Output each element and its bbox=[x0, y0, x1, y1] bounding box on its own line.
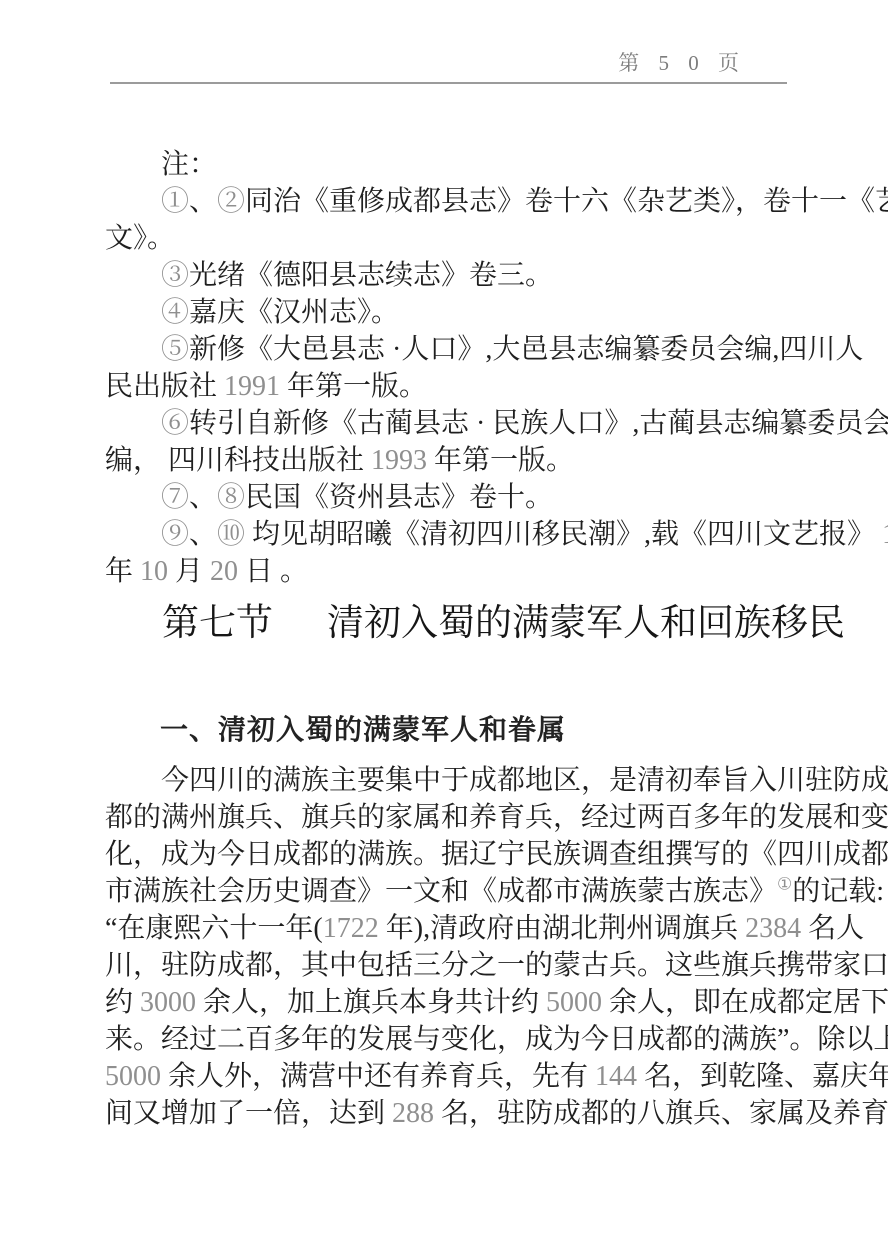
text-line: ⑤新修《大邑县志 ·人口》,大邑县志编纂委员会编,四川人 bbox=[105, 331, 787, 368]
text-line: 来。经过二百多年的发展与变化，成为今日成都的满族”。除以上 bbox=[105, 1021, 787, 1058]
text-segment: 民国《资州县志》卷十。 bbox=[245, 482, 553, 513]
text-segment: 今四川的满族主要集中于成都地区，是清初奉旨入川驻防成 bbox=[161, 765, 888, 796]
numeral-segment: ⑩ bbox=[217, 519, 245, 550]
numeral-segment: ① bbox=[777, 875, 792, 894]
section-title: 清初入蜀的满蒙军人和回族移民 bbox=[327, 603, 845, 644]
text-segment: 的记载: bbox=[792, 876, 884, 907]
numeral-segment: 20 bbox=[210, 556, 238, 587]
section-number: 第七节 bbox=[162, 603, 273, 644]
text-segment: 都的满州旗兵、旗兵的家属和养育兵，经过两百多年的发展和变 bbox=[105, 802, 888, 833]
subsection-title: 一、清初入蜀的满蒙军人和眷属 bbox=[160, 715, 566, 746]
text-segment: 年),清政府由湖北荆州调旗兵 bbox=[379, 913, 745, 944]
text-segment: 新修《大邑县志 ·人口》,大邑县志编纂委员会编,四川人 bbox=[189, 334, 863, 365]
numeral-segment: 1995 bbox=[882, 519, 888, 550]
text-line: 约 3000 余人，加上旗兵本身共计约 5000 余人，即在成都定居下 bbox=[105, 984, 787, 1021]
text-segment: 来。经过二百多年的发展与变化，成为今日成都的满族”。除以上 bbox=[105, 1024, 888, 1055]
numeral-segment: ③ bbox=[161, 260, 189, 291]
text-line: 川，驻防成都，其中包括三分之一的蒙古兵。这些旗兵携带家口 bbox=[105, 947, 787, 984]
numeral-segment: ② bbox=[217, 186, 245, 217]
text-segment: 光绪《德阳县志续志》卷三。 bbox=[189, 260, 553, 291]
text-segment: 约 bbox=[105, 987, 140, 1018]
numeral-segment: 5000 bbox=[546, 987, 602, 1018]
text-line: 5000 余人外，满营中还有养育兵，先有 144 名，到乾隆、嘉庆年 bbox=[105, 1058, 787, 1095]
section-heading: 第七节清初入蜀的满蒙军人和回族移民 bbox=[105, 600, 787, 648]
text-line: ①、②同治《重修成都县志》卷十六《杂艺类》，卷十一《艺 bbox=[105, 183, 787, 220]
text-segment: 名，到乾隆、嘉庆年 bbox=[637, 1061, 888, 1092]
numeral-segment: ⑥ bbox=[161, 408, 189, 439]
text-segment: 注： bbox=[161, 149, 217, 180]
numeral-segment: 10 bbox=[140, 556, 168, 587]
text-line: 注： bbox=[105, 146, 787, 183]
text-line: “在康熙六十一年(1722 年),清政府由湖北荆州调旗兵 2384 名人 bbox=[105, 910, 787, 947]
text-line: ④嘉庆《汉州志》。 bbox=[105, 294, 787, 331]
page-header: 第 5 0 页 bbox=[0, 50, 888, 76]
text-segment: 川，驻防成都，其中包括三分之一的蒙古兵。这些旗兵携带家口 bbox=[105, 950, 888, 981]
text-segment: 余人，加上旗兵本身共计约 bbox=[196, 987, 546, 1018]
text-line: 间又增加了一倍，达到 288 名，驻防成都的八旗兵、家属及养育 bbox=[105, 1095, 787, 1132]
numeral-segment: 1991 bbox=[224, 371, 280, 402]
text-line: 化，成为今日成都的满族。据辽宁民族调查组撰写的《四川成都 bbox=[105, 836, 787, 873]
text-segment: 市满族社会历史调查》一文和《成都市满族蒙古族志》 bbox=[105, 876, 777, 907]
text-segment: “在康熙六十一年( bbox=[105, 913, 323, 944]
text-segment: 名人 bbox=[801, 913, 864, 944]
text-segment: 余人外，满营中还有养育兵，先有 bbox=[161, 1061, 595, 1092]
body-paragraph: 今四川的满族主要集中于成都地区，是清初奉旨入川驻防成都的满州旗兵、旗兵的家属和养… bbox=[105, 762, 787, 1132]
text-segment: 、 bbox=[189, 186, 217, 217]
numeral-segment: 2384 bbox=[745, 913, 801, 944]
text-segment: 日 。 bbox=[238, 556, 308, 587]
page-content: 注：①、②同治《重修成都县志》卷十六《杂艺类》，卷十一《艺文》。③光绪《德阳县志… bbox=[105, 146, 787, 1132]
text-line: 年 10 月 20 日 。 bbox=[105, 553, 787, 590]
numeral-segment: ⑨ bbox=[161, 519, 189, 550]
page-number-label: 第 5 0 页 bbox=[618, 51, 746, 75]
text-segment: 嘉庆《汉州志》。 bbox=[189, 297, 399, 328]
numeral-segment: ⑤ bbox=[161, 334, 189, 365]
text-line: 民出版社 1991 年第一版。 bbox=[105, 368, 787, 405]
text-segment: 年第一版。 bbox=[427, 445, 574, 476]
text-segment: 月 bbox=[168, 556, 210, 587]
text-segment: 化，成为今日成都的满族。据辽宁民族调查组撰写的《四川成都 bbox=[105, 839, 888, 870]
text-segment: 同治《重修成都县志》卷十六《杂艺类》，卷十一《艺 bbox=[245, 186, 888, 217]
text-line: ⑨、⑩ 均见胡昭曦《清初四川移民潮》,载《四川文艺报》 1995 bbox=[105, 516, 787, 553]
notes-section: 注：①、②同治《重修成都县志》卷十六《杂艺类》，卷十一《艺文》。③光绪《德阳县志… bbox=[105, 146, 787, 590]
text-segment: 年第一版。 bbox=[280, 371, 427, 402]
numeral-segment: 1993 bbox=[371, 445, 427, 476]
text-line: 都的满州旗兵、旗兵的家属和养育兵，经过两百多年的发展和变 bbox=[105, 799, 787, 836]
numeral-segment: 1722 bbox=[323, 913, 379, 944]
numeral-segment: 144 bbox=[595, 1061, 637, 1092]
numeral-segment: ④ bbox=[161, 297, 189, 328]
text-line: ⑥转引自新修《古蔺县志 · 民族人口》,古蔺县志编纂委员会 bbox=[105, 405, 787, 442]
numeral-segment: 5000 bbox=[105, 1061, 161, 1092]
book-page: 第 5 0 页 注：①、②同治《重修成都县志》卷十六《杂艺类》，卷十一《艺文》。… bbox=[0, 0, 888, 1260]
text-line: 市满族社会历史调查》一文和《成都市满族蒙古族志》①的记载: bbox=[105, 873, 787, 910]
text-line: ⑦、⑧民国《资州县志》卷十。 bbox=[105, 479, 787, 516]
text-segment: 、 bbox=[189, 519, 217, 550]
numeral-segment: ⑦ bbox=[161, 482, 189, 513]
text-segment: 、 bbox=[189, 482, 217, 513]
text-segment: 年 bbox=[105, 556, 140, 587]
text-segment: 名，驻防成都的八旗兵、家属及养育 bbox=[434, 1098, 888, 1129]
numeral-segment: 3000 bbox=[140, 987, 196, 1018]
numeral-segment: 288 bbox=[392, 1098, 434, 1129]
text-segment: 民出版社 bbox=[105, 371, 224, 402]
numeral-segment: ⑧ bbox=[217, 482, 245, 513]
text-line: 编， 四川科技出版社 1993 年第一版。 bbox=[105, 442, 787, 479]
text-segment: 文》。 bbox=[105, 223, 175, 254]
text-segment: 间又增加了一倍，达到 bbox=[105, 1098, 392, 1129]
text-line: ③光绪《德阳县志续志》卷三。 bbox=[105, 257, 787, 294]
text-segment: 均见胡昭曦《清初四川移民潮》,载《四川文艺报》 bbox=[245, 519, 882, 550]
header-rule bbox=[110, 82, 787, 84]
text-segment: 编， 四川科技出版社 bbox=[105, 445, 371, 476]
text-segment: 余人，即在成都定居下 bbox=[602, 987, 888, 1018]
text-line: 今四川的满族主要集中于成都地区，是清初奉旨入川驻防成 bbox=[105, 762, 787, 799]
text-segment: 转引自新修《古蔺县志 · 民族人口》,古蔺县志编纂委员会 bbox=[189, 408, 888, 439]
subsection-heading: 一、清初入蜀的满蒙军人和眷属 bbox=[105, 712, 787, 749]
text-line: 文》。 bbox=[105, 220, 787, 257]
numeral-segment: ① bbox=[161, 186, 189, 217]
